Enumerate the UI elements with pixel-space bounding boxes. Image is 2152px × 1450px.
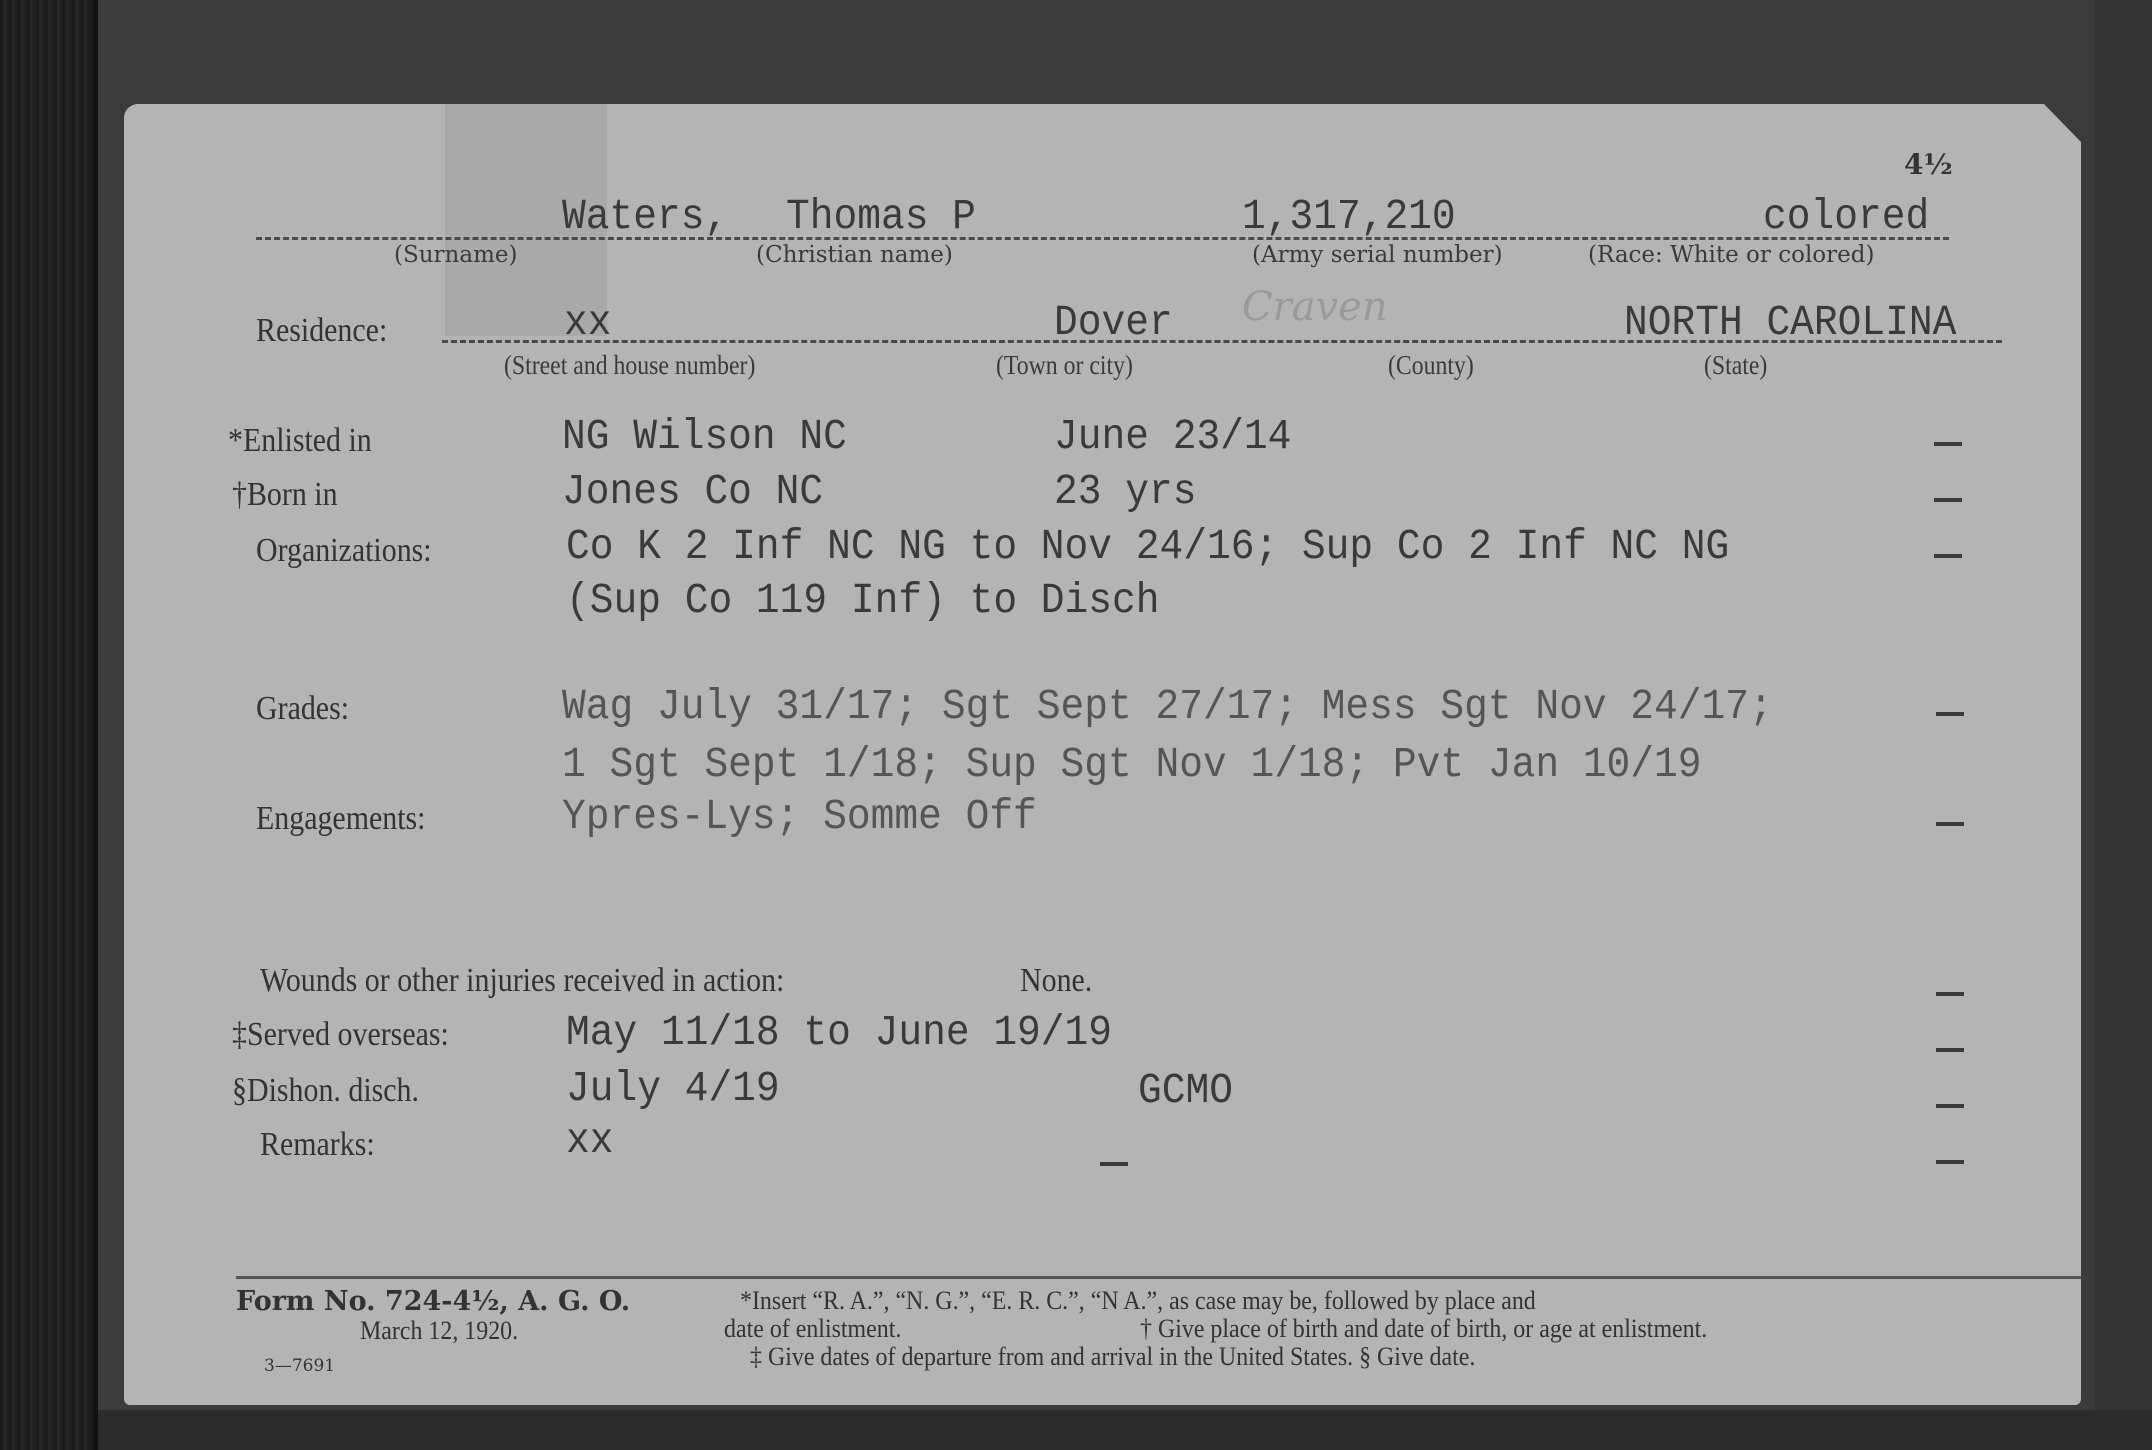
residence-label: Residence: bbox=[256, 312, 387, 350]
engagements-value: Ypres-Lys; Somme Off bbox=[562, 792, 1037, 841]
organizations-line-1: Co K 2 Inf NC NG to Nov 24/16; Sup Co 2 … bbox=[566, 522, 1729, 571]
remarks-label: Remarks: bbox=[260, 1126, 375, 1164]
serial-number-value: 1,317,210 bbox=[1242, 192, 1456, 241]
corner-number: 4½ bbox=[1904, 148, 1953, 181]
race-value: colored bbox=[1763, 192, 1929, 241]
footnote-birth: † Give place of birth and date of birth,… bbox=[1140, 1314, 1707, 1344]
enlisted-place: NG Wilson NC bbox=[562, 412, 847, 461]
enlisted-date: June 23/14 bbox=[1054, 412, 1291, 461]
remarks-value: xx bbox=[566, 1116, 613, 1165]
organizations-label: Organizations: bbox=[256, 532, 432, 570]
street-label: (Street and house number) bbox=[504, 350, 755, 381]
christian-name-label: (Christian name) bbox=[756, 242, 953, 268]
engagements-label: Engagements: bbox=[256, 800, 426, 838]
town-value: Dover bbox=[1054, 298, 1173, 347]
served-overseas-value: May 11/18 to June 19/19 bbox=[566, 1008, 1112, 1057]
born-age: 23 yrs bbox=[1054, 467, 1196, 516]
wounds-value: None. bbox=[1020, 962, 1092, 1000]
scan-background-bottom bbox=[98, 1410, 2152, 1450]
service-record-card: 4½ Waters, Thomas P 1,317,210 colored (S… bbox=[124, 104, 2081, 1405]
surname-value: Waters, bbox=[562, 192, 728, 241]
margin-dash bbox=[1936, 1104, 1964, 1108]
margin-dash bbox=[1934, 442, 1962, 446]
race-label: (Race: White or colored) bbox=[1588, 242, 1874, 268]
surname-label: (Surname) bbox=[394, 242, 517, 268]
margin-dash bbox=[1936, 1160, 1964, 1164]
print-number: 3—7691 bbox=[264, 1356, 335, 1376]
county-value: Craven bbox=[1242, 284, 1388, 330]
footnote-insert: *Insert “R. A.”, “N. G.”, “E. R. C.”, “N… bbox=[740, 1286, 1536, 1316]
organizations-line-2: (Sup Co 119 Inf) to Disch bbox=[566, 576, 1160, 625]
wounds-label: Wounds or other injuries received in act… bbox=[260, 962, 784, 1000]
margin-dash bbox=[1936, 712, 1964, 716]
state-value: NORTH CAROLINA bbox=[1624, 298, 1956, 347]
grades-label: Grades: bbox=[256, 690, 349, 728]
footnote-enlistment: date of enlistment. bbox=[724, 1314, 901, 1344]
street-value: xx bbox=[564, 298, 611, 347]
remarks-dash bbox=[1100, 1162, 1128, 1166]
dishon-disch-reason: GCMO bbox=[1138, 1066, 1233, 1115]
footnote-dates: ‡ Give dates of departure from and arriv… bbox=[750, 1342, 1475, 1372]
enlisted-label: *Enlisted in bbox=[228, 422, 372, 460]
state-label: (State) bbox=[1704, 350, 1767, 381]
margin-dash bbox=[1936, 992, 1964, 996]
served-overseas-label: ‡Served overseas: bbox=[232, 1016, 449, 1054]
margin-dash bbox=[1936, 822, 1964, 826]
margin-dash bbox=[1936, 1048, 1964, 1052]
margin-dash bbox=[1934, 498, 1962, 502]
county-label: (County) bbox=[1388, 350, 1474, 381]
grades-line-2: 1 Sgt Sept 1/18; Sup Sgt Nov 1/18; Pvt J… bbox=[562, 740, 1702, 789]
serial-number-label: (Army serial number) bbox=[1252, 242, 1503, 268]
scan-background-right bbox=[2095, 0, 2152, 1450]
born-place: Jones Co NC bbox=[562, 467, 823, 516]
name-line bbox=[256, 237, 1949, 240]
town-label: (Town or city) bbox=[996, 350, 1133, 381]
dishon-disch-label: §Dishon. disch. bbox=[232, 1072, 419, 1110]
scanner-edge-texture bbox=[0, 0, 93, 1450]
scanner-edge-line bbox=[93, 0, 98, 1450]
born-label: †Born in bbox=[232, 476, 338, 514]
christian-name-value: Thomas P bbox=[786, 192, 976, 241]
footer-rule bbox=[236, 1276, 2082, 1279]
margin-dash bbox=[1934, 554, 1962, 558]
dishon-disch-date: July 4/19 bbox=[566, 1064, 780, 1113]
form-number: Form No. 724-4½, A. G. O. bbox=[236, 1286, 630, 1317]
grades-line-1: Wag July 31/17; Sgt Sept 27/17; Mess Sgt… bbox=[562, 682, 1773, 731]
form-date: March 12, 1920. bbox=[360, 1316, 518, 1346]
